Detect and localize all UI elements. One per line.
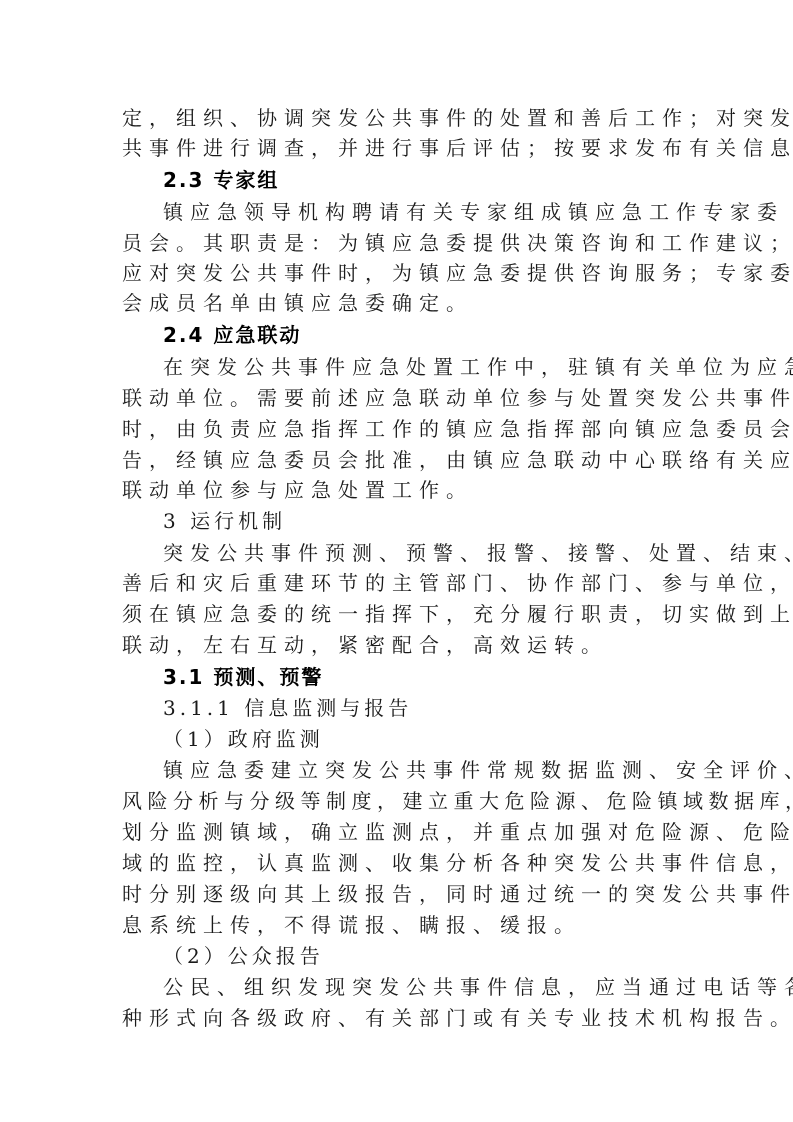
paragraph-line: 须在镇应急委的统一指挥下，充分履行职责，切实做到上下 <box>122 599 682 630</box>
document-page: 定，组织、协调突发公共事件的处置和善后工作；对突发公 共事件进行调查，并进行事后… <box>0 0 793 1122</box>
subsection-heading-government-monitoring: （1）政府监测 <box>163 724 723 755</box>
paragraph-line: 在突发公共事件应急处置工作中，驻镇有关单位为应急 <box>163 352 723 383</box>
paragraph-line: 应对突发公共事件时，为镇应急委提供咨询服务；专家委员 <box>122 258 682 289</box>
paragraph-line: 定，组织、协调突发公共事件的处置和善后工作；对突发公 <box>122 103 682 134</box>
paragraph-line: 会成员名单由镇应急委确定。 <box>122 288 682 319</box>
paragraph-line: 划分监测镇域，确立监测点，并重点加强对危险源、危险镇 <box>122 817 682 848</box>
section-heading-2-3: 2.3 专家组 <box>163 165 723 196</box>
paragraph-line: 联动单位。需要前述应急联动单位参与处置突发公共事件 <box>122 383 682 414</box>
subsection-heading-public-report: （2）公众报告 <box>163 941 723 972</box>
paragraph-line: 员会。其职责是：为镇应急委提供决策咨询和工作建议；在 <box>122 228 682 259</box>
paragraph-line: 突发公共事件预测、预警、报警、接警、处置、结束、 <box>163 538 723 569</box>
paragraph-line: 善后和灾后重建环节的主管部门、协作部门、参与单位，必 <box>122 568 682 599</box>
paragraph-line: 联动，左右互动，紧密配合，高效运转。 <box>122 630 682 661</box>
paragraph-line: 共事件进行调查，并进行事后评估；按要求发布有关信息。 <box>122 133 682 164</box>
paragraph-line: 种形式向各级政府、有关部门或有关专业技术机构报告。对 <box>122 1003 682 1034</box>
section-heading-3-1: 3.1 预测、预警 <box>163 662 723 693</box>
paragraph-line: 公民、组织发现突发公共事件信息，应当通过电话等各 <box>163 972 723 1003</box>
paragraph-line: 镇应急委建立突发公共事件常规数据监测、安全评价、 <box>163 755 723 786</box>
paragraph-line: 域的监控，认真监测、收集分析各种突发公共事件信息，及 <box>122 848 682 879</box>
section-heading-2-4: 2.4 应急联动 <box>163 320 723 351</box>
paragraph-line: 镇应急领导机构聘请有关专家组成镇应急工作专家委 <box>163 197 723 228</box>
section-heading-3-1-1: 3.1.1 信息监测与报告 <box>163 693 723 724</box>
section-heading-3: 3 运行机制 <box>163 506 723 537</box>
paragraph-line: 时分别逐级向其上级报告，同时通过统一的突发公共事件信 <box>122 879 682 910</box>
paragraph-line: 告，经镇应急委员会批准，由镇应急联动中心联络有关应急 <box>122 445 682 476</box>
paragraph-line: 联动单位参与应急处置工作。 <box>122 475 682 506</box>
paragraph-line: 时，由负责应急指挥工作的镇应急指挥部向镇应急委员会报 <box>122 414 682 445</box>
paragraph-line: 息系统上传，不得谎报、瞒报、缓报。 <box>122 910 682 941</box>
paragraph-line: 风险分析与分级等制度，建立重大危险源、危险镇域数据库， <box>122 786 682 817</box>
